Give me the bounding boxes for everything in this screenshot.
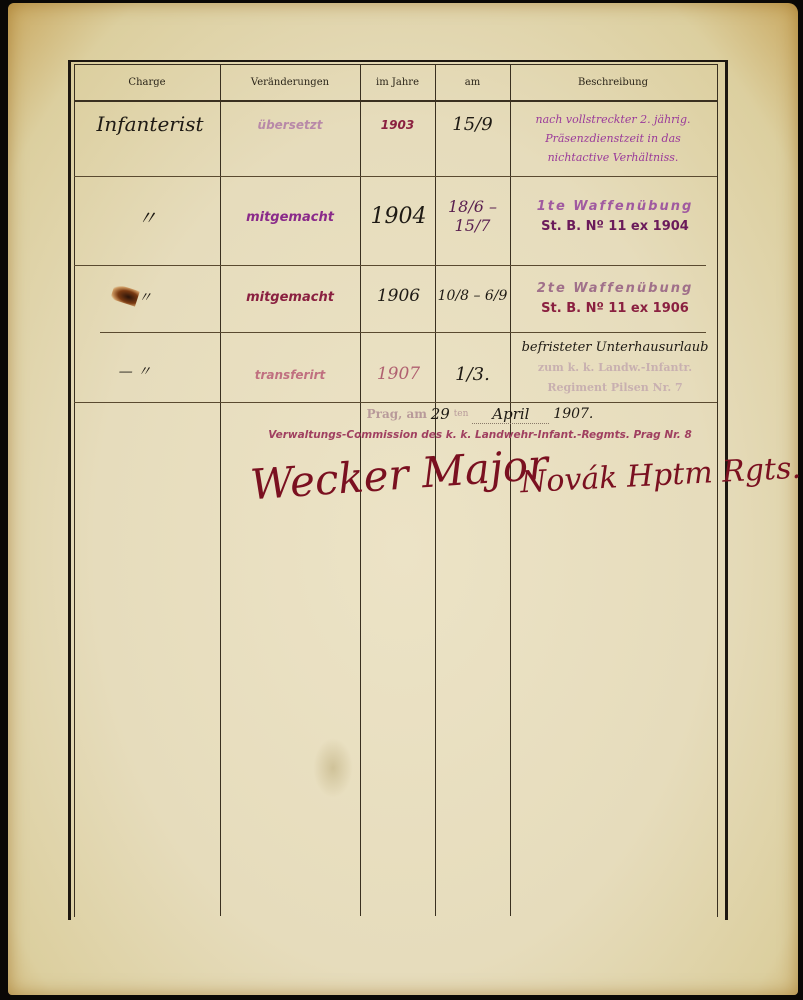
description-line: St. B. Nº 11 ex 1906 bbox=[541, 299, 689, 319]
header-description: Beschreibung bbox=[510, 64, 716, 100]
description-line: nichtactive Verhältniss. bbox=[548, 148, 679, 167]
description-line: Regiment Pilsen Nr. 7 bbox=[547, 378, 682, 398]
row-rule bbox=[74, 265, 706, 266]
row-rule bbox=[74, 402, 717, 403]
header-date: am bbox=[435, 64, 510, 100]
description-line: Präsenzdienstzeit in das bbox=[545, 129, 681, 148]
row-description: 2te Waffenübung St. B. Nº 11 ex 1906 bbox=[512, 274, 718, 324]
date-month: April bbox=[472, 405, 549, 424]
place-date-line: Prag, am 29 ten April 1907. bbox=[330, 404, 630, 424]
row-charge: 〃 bbox=[130, 282, 160, 312]
row-year: 1907 bbox=[362, 358, 435, 390]
header-changes: Veränderungen bbox=[220, 64, 360, 100]
row-change: übersetzt bbox=[220, 110, 360, 140]
row-charge: 〃 bbox=[74, 196, 220, 236]
row-charge: Infanterist bbox=[80, 104, 220, 144]
row-rule bbox=[100, 332, 706, 333]
date-day: 29 bbox=[431, 405, 450, 423]
place-label: Prag, am bbox=[367, 407, 427, 421]
row-date: 15/9 bbox=[435, 106, 510, 142]
row-year: 1904 bbox=[362, 198, 435, 234]
row-date: 18/6 – 15/7 bbox=[435, 198, 510, 234]
date-suffix: ten bbox=[454, 409, 469, 419]
authority-stamp: Verwaltungs-Commission des k. k. Landweh… bbox=[250, 426, 710, 444]
row-rule bbox=[74, 176, 717, 177]
header-rule bbox=[74, 100, 717, 102]
description-line: St. B. Nº 11 ex 1904 bbox=[541, 217, 689, 237]
row-description: nach vollstreckter 2. jährig. Präsenzdie… bbox=[510, 108, 716, 168]
row-change: mitgemacht bbox=[220, 202, 360, 232]
description-line: befristeter Unterhausurlaub bbox=[522, 338, 709, 358]
row-description: befristeter Unterhausurlaub zum k. k. La… bbox=[512, 336, 718, 400]
row-change: mitgemacht bbox=[220, 282, 360, 312]
description-line: 1te Waffenübung bbox=[537, 197, 694, 217]
row-charge: — 〃 bbox=[110, 356, 160, 386]
row-description: 1te Waffenübung St. B. Nº 11 ex 1904 bbox=[512, 192, 718, 242]
row-date: 1/3. bbox=[435, 356, 510, 392]
row-date: 10/8 – 6/9 bbox=[435, 280, 510, 312]
row-change: transferirt bbox=[220, 360, 360, 390]
header-charge: Charge bbox=[74, 64, 220, 100]
date-year: 1907. bbox=[553, 406, 593, 422]
row-year: 1906 bbox=[362, 280, 435, 312]
header-year: im Jahre bbox=[360, 64, 435, 100]
description-line: 2te Waffenübung bbox=[537, 279, 694, 299]
column-divider bbox=[220, 64, 221, 916]
row-year: 1903 bbox=[360, 110, 435, 140]
description-line: zum k. k. Landw.-Infantr. bbox=[538, 358, 692, 378]
description-line: nach vollstreckter 2. jährig. bbox=[536, 110, 691, 129]
